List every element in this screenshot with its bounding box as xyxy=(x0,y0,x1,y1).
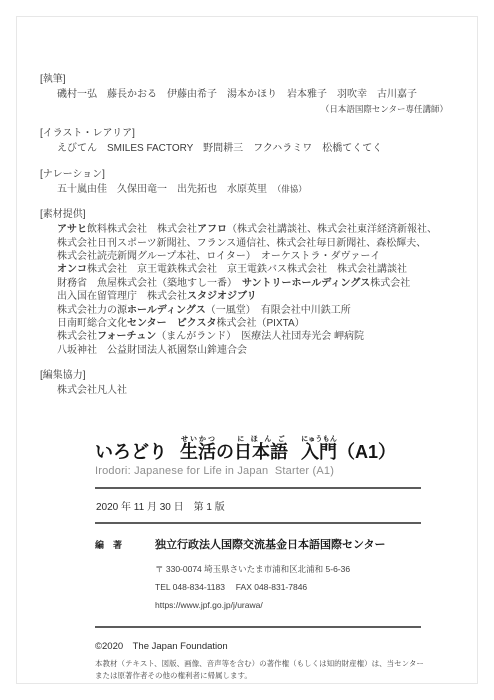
credit-text: アサヒ xyxy=(57,224,87,235)
credit-section: [素材提供]アサヒ飲料株式会社 株式会社アフロ（株式会社講談社、株式会社東洋経済… xyxy=(40,208,464,357)
book-title-japanese: いろどり生活せいかつの日本語にほんご入門にゅうもん（A1） xyxy=(95,436,421,463)
credit-text: スタジオジブリ xyxy=(187,291,257,302)
credit-text: 五十嵐由佳 久保田竜一 出先拓也 水原英里 xyxy=(57,184,277,195)
credits: [執筆]磯村一弘 藤長かおる 伊藤由希子 湯本かほり 岩本雅子 羽吹幸 古川嘉子… xyxy=(40,73,464,410)
credit-section-heading: [イラスト・レアリア] xyxy=(40,127,464,140)
copyright-notice: 本教材（テキスト、図版、画像、音声等を含む）の著作権（もしくは知的財産権）は、当… xyxy=(95,658,421,682)
publisher-name: 独立行政法人国際交流基金日本語国際センター xyxy=(155,536,386,552)
title-part: 生活せいかつ xyxy=(180,442,216,462)
publisher-tel-fax: TEL 048-834-1183 FAX 048-831-7846 xyxy=(155,578,421,596)
credit-text: 出入国在留管理庁 株式会社 xyxy=(57,291,187,302)
credit-section: [執筆]磯村一弘 藤長かおる 伊藤由希子 湯本かほり 岩本雅子 羽吹幸 古川嘉子… xyxy=(40,73,464,115)
divider-below-date xyxy=(95,522,421,524)
credit-section: [ナレーション]五十嵐由佳 久保田竜一 出先拓也 水原英里 （俳協） xyxy=(40,168,464,196)
title-base: （A1） xyxy=(337,442,396,462)
credit-section-heading: [執筆] xyxy=(40,73,464,86)
credit-text: 日南町総合文化 xyxy=(57,318,127,329)
credit-text: ホールディングス xyxy=(127,305,206,316)
credit-line: 株式会社力の源ホールディングス（一風堂） 有限会社中川鉄工所 xyxy=(40,304,464,317)
title-base: いろどり xyxy=(95,442,167,462)
title-base: の xyxy=(216,442,234,462)
credit-line: 出入国在留管理庁 株式会社スタジオジブリ xyxy=(40,290,464,303)
credit-text: 株式会社日刊スポーツ新聞社、フランス通信社、株式会社毎日新聞社、森松輝夫、 xyxy=(57,238,426,249)
credit-line: 株式会社凡人社 xyxy=(40,384,464,397)
credit-line: 株式会社フォーチュン（まんがランド） 医療法人社団寿光会 岬病院 xyxy=(40,330,464,343)
credit-text: サントリーホールディングス xyxy=(242,278,370,289)
divider-above-copyright xyxy=(95,626,421,628)
credit-text: アフロ xyxy=(197,224,227,235)
book-title-english: Irodori: Japanese for Life in Japan Star… xyxy=(95,465,421,477)
title-base: 生活 xyxy=(180,442,216,462)
colophon: いろどり生活せいかつの日本語にほんご入門にゅうもん（A1） Irodori: J… xyxy=(95,436,421,682)
credit-text: 磯村一弘 藤長かおる 伊藤由希子 湯本かほり 岩本雅子 羽吹幸 古川嘉子 xyxy=(57,89,417,100)
title-part: の xyxy=(216,442,234,462)
credit-line: オンコ株式会社 京王電鉄株式会社 京王電鉄バス株式会社 株式会社講談社 xyxy=(40,263,464,276)
publisher-role-label: 編 著 xyxy=(95,536,155,551)
credit-text xyxy=(167,318,177,329)
credit-line: 日南町総合文化センター ピクスタ株式会社（PIXTA） xyxy=(40,317,464,330)
credit-text: フォーチュン xyxy=(97,331,156,342)
credit-text: オンコ xyxy=(57,264,87,275)
copyright-notice-line: または原著作者その他の権利者に帰属します。 xyxy=(95,670,421,682)
title-furigana: にほんご xyxy=(234,436,288,443)
credit-text: 飲料株式会社 株式会社 xyxy=(87,224,197,235)
copyright-line: ©2020 The Japan Foundation xyxy=(95,638,421,652)
credit-line: えびてん SMILES FACTORY 野間耕三 フクハラミワ 松橋てくてく xyxy=(40,142,464,155)
title-part: 日本語にほんご xyxy=(234,442,288,462)
publication-date-edition: 2020 年 11 月 30 日 第 1 版 xyxy=(95,489,421,522)
title-part: 入門にゅうもん xyxy=(301,442,337,462)
credit-text: （一風堂） 有限会社中川鉄工所 xyxy=(206,305,351,316)
credit-line: アサヒ飲料株式会社 株式会社アフロ（株式会社講談社、株式会社東洋経済新報社、 xyxy=(40,223,464,236)
credit-text: （株式会社講談社、株式会社東洋経済新報社、 xyxy=(227,224,437,235)
credit-text: 株式会社（PIXTA） xyxy=(217,318,305,329)
credit-text: センター xyxy=(127,318,167,329)
copyright-notice-line: 本教材（テキスト、図版、画像、音声等を含む）の著作権（もしくは知的財産権）は、当… xyxy=(95,658,421,670)
credit-text: 株式会社凡人社 xyxy=(57,385,127,396)
credit-line: 八坂神社 公益財団法人祇園祭山鉾連合会 xyxy=(40,344,464,357)
credit-section-note: （日本語国際センター専任講師） xyxy=(40,103,464,115)
credit-section-heading: [素材提供] xyxy=(40,208,464,221)
title-base: 日本語 xyxy=(234,442,288,462)
title-part: （A1） xyxy=(337,442,396,462)
credit-text: 株式会社 xyxy=(57,331,97,342)
publisher-address-block: 〒 330-0074 埼玉県さいたま市浦和区北浦和 5-6-36 TEL 048… xyxy=(155,560,421,614)
credit-line: 五十嵐由佳 久保田竜一 出先拓也 水原英里 （俳協） xyxy=(40,183,464,196)
credit-line: 株式会社日刊スポーツ新聞社、フランス通信社、株式会社毎日新聞社、森松輝夫、 xyxy=(40,237,464,250)
title-furigana: にゅうもん xyxy=(301,436,337,443)
credit-text: えびてん SMILES FACTORY 野間耕三 フクハラミワ 松橋てくてく xyxy=(57,143,382,154)
credit-section-heading: [ナレーション] xyxy=(40,168,464,181)
credit-text: ピクスタ xyxy=(177,318,217,329)
credit-text: 株式会社読売新聞グループ本社、ロイター） オーケストラ・ダヴァーイ xyxy=(57,251,380,262)
credit-line: 磯村一弘 藤長かおる 伊藤由希子 湯本かほり 岩本雅子 羽吹幸 古川嘉子 xyxy=(40,88,464,101)
credit-text: （俳協） xyxy=(277,184,307,194)
credit-section-heading: [編集協力] xyxy=(40,369,464,382)
credit-text: 株式会社力の源 xyxy=(57,305,127,316)
credit-text: 八坂神社 公益財団法人祇園祭山鉾連合会 xyxy=(57,345,247,356)
credit-section: [イラスト・レアリア]えびてん SMILES FACTORY 野間耕三 フクハラ… xyxy=(40,127,464,155)
publisher-postal-address: 〒 330-0074 埼玉県さいたま市浦和区北浦和 5-6-36 xyxy=(155,560,421,578)
credit-text: 株式会社 京王電鉄株式会社 京王電鉄バス株式会社 株式会社講談社 xyxy=(87,264,407,275)
title-base: 入門 xyxy=(301,442,337,462)
credit-line: 財務省 魚屋株式会社（築地すし一番） サントリーホールディングス株式会社 xyxy=(40,277,464,290)
credit-line: 株式会社読売新聞グループ本社、ロイター） オーケストラ・ダヴァーイ xyxy=(40,250,464,263)
credit-section: [編集協力]株式会社凡人社 xyxy=(40,369,464,397)
credit-text: 株式会社 xyxy=(370,278,410,289)
title-part: いろどり xyxy=(95,442,167,462)
title-furigana: せいかつ xyxy=(180,436,216,443)
publisher-row: 編 著 独立行政法人国際交流基金日本語国際センター xyxy=(95,536,421,552)
credit-text: 財務省 魚屋株式会社（築地すし一番） xyxy=(57,278,242,289)
publisher-url: https://www.jpf.go.jp/j/urawa/ xyxy=(155,596,421,614)
credit-text: （まんがランド） 医療法人社団寿光会 岬病院 xyxy=(156,331,364,342)
